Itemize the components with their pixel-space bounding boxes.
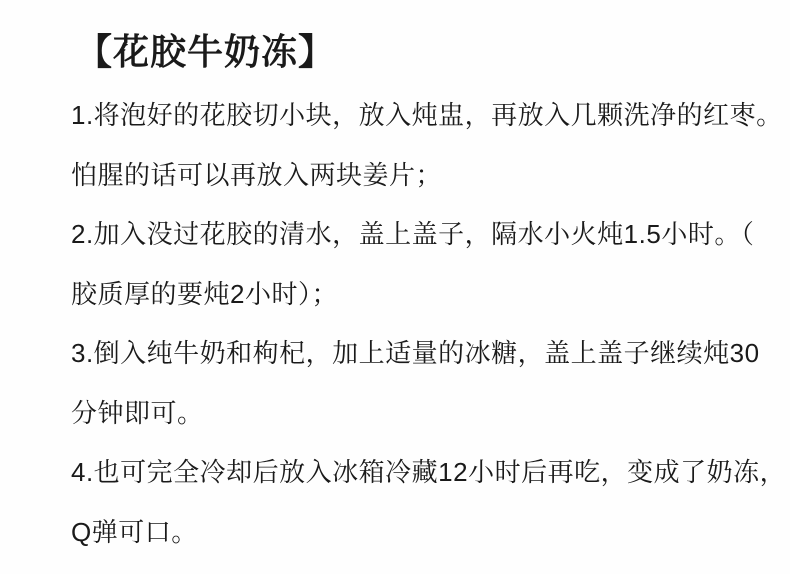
recipe-step-4-line-2: Q弹可口。 bbox=[71, 503, 760, 563]
recipe-step-2-line-2: 胶质厚的要炖2小时）； bbox=[71, 265, 760, 325]
recipe-step-2-line-1: 2.加入没过花胶的清水，盖上盖子，隔水小火炖1.5小时。（ bbox=[71, 205, 760, 265]
recipe-step-3-line-1: 3.倒入纯牛奶和枸杞，加上适量的冰糖，盖上盖子继续炖30 bbox=[71, 324, 760, 384]
recipe-step-3-line-2: 分钟即可。 bbox=[71, 384, 760, 444]
recipe-body: 1.将泡好的花胶切小块，放入炖盅，再放入几颗洗净的红枣。 怕腥的话可以再放入两块… bbox=[71, 86, 760, 562]
recipe-step-1-line-2: 怕腥的话可以再放入两块姜片； bbox=[71, 146, 760, 206]
recipe-page: 【花胶牛奶冻】 1.将泡好的花胶切小块，放入炖盅，再放入几颗洗净的红枣。 怕腥的… bbox=[0, 0, 790, 574]
recipe-step-4-line-1: 4.也可完全冷却后放入冰箱冷藏12小时后再吃，变成了奶冻， bbox=[71, 443, 760, 503]
recipe-title: 【花胶牛奶冻】 bbox=[76, 24, 335, 75]
recipe-step-1-line-1: 1.将泡好的花胶切小块，放入炖盅，再放入几颗洗净的红枣。 bbox=[71, 86, 760, 146]
